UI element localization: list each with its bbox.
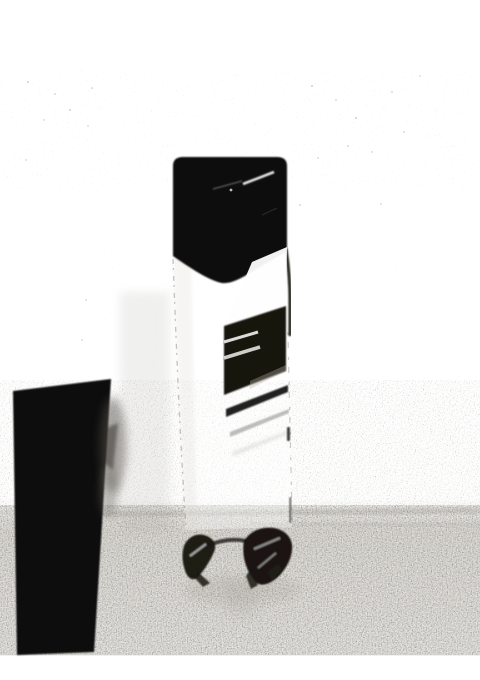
right-edge-dash-2 [289, 497, 292, 523]
trademark-photograph [0, 0, 480, 680]
cap-highlight-dot [230, 189, 233, 192]
glass-bottle [173, 157, 292, 589]
document-page: 3 856 211 H 30620 [0, 0, 480, 680]
photograph-canvas [0, 0, 480, 680]
ambient-shadow-column [120, 292, 170, 530]
